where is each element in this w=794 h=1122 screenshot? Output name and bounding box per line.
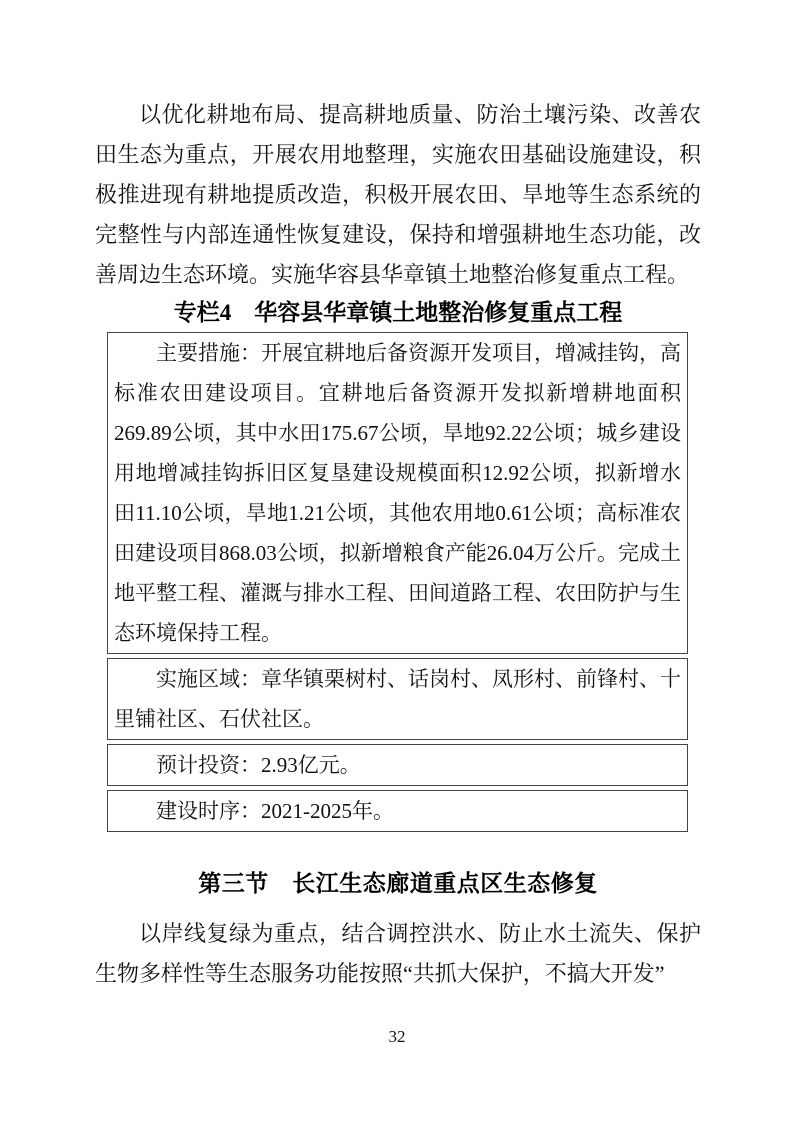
box-row-main-measures: 主要措施：开展宜耕地后备资源开发项目，增减挂钩，高标准农田建设项目。宜耕地后备资… bbox=[107, 332, 688, 654]
paragraph-yangtze-corridor: 以岸线复绿为重点，结合调控洪水、防止水土流失、保护生物多样性等生态服务功能按照“… bbox=[95, 914, 701, 994]
document-page: 以优化耕地布局、提高耕地质量、防治土壤污染、改善农田生态为重点，开展农用地整理，… bbox=[0, 0, 794, 1122]
box-row-construction-schedule-text: 建设时序：2021-2025年。 bbox=[114, 791, 681, 831]
project-info-box: 主要措施：开展宜耕地后备资源开发项目，增减挂钩，高标准农田建设项目。宜耕地后备资… bbox=[107, 332, 688, 832]
paragraph-farmland-restoration: 以优化耕地布局、提高耕地质量、防治土壤污染、改善农田生态为重点，开展农用地整理，… bbox=[95, 95, 701, 295]
box-row-implementation-area: 实施区域：章华镇栗树村、话岗村、凤形村、前锋村、十里铺社区、石伏社区。 bbox=[107, 658, 688, 740]
section-heading-yangtze-corridor: 第三节 长江生态廊道重点区生态修复 bbox=[95, 866, 701, 900]
box-row-estimated-investment-text: 预计投资：2.93亿元。 bbox=[114, 745, 681, 785]
box-title-zhuanlan-4: 专栏4 华容县华章镇土地整治修复重点工程 bbox=[95, 297, 701, 329]
box-row-construction-schedule: 建设时序：2021-2025年。 bbox=[107, 790, 688, 832]
box-row-estimated-investment: 预计投资：2.93亿元。 bbox=[107, 744, 688, 786]
page-number: 32 bbox=[0, 1026, 794, 1048]
box-row-implementation-area-text: 实施区域：章华镇栗树村、话岗村、凤形村、前锋村、十里铺社区、石伏社区。 bbox=[114, 659, 681, 739]
box-row-main-measures-text: 主要措施：开展宜耕地后备资源开发项目，增减挂钩，高标准农田建设项目。宜耕地后备资… bbox=[114, 333, 681, 653]
